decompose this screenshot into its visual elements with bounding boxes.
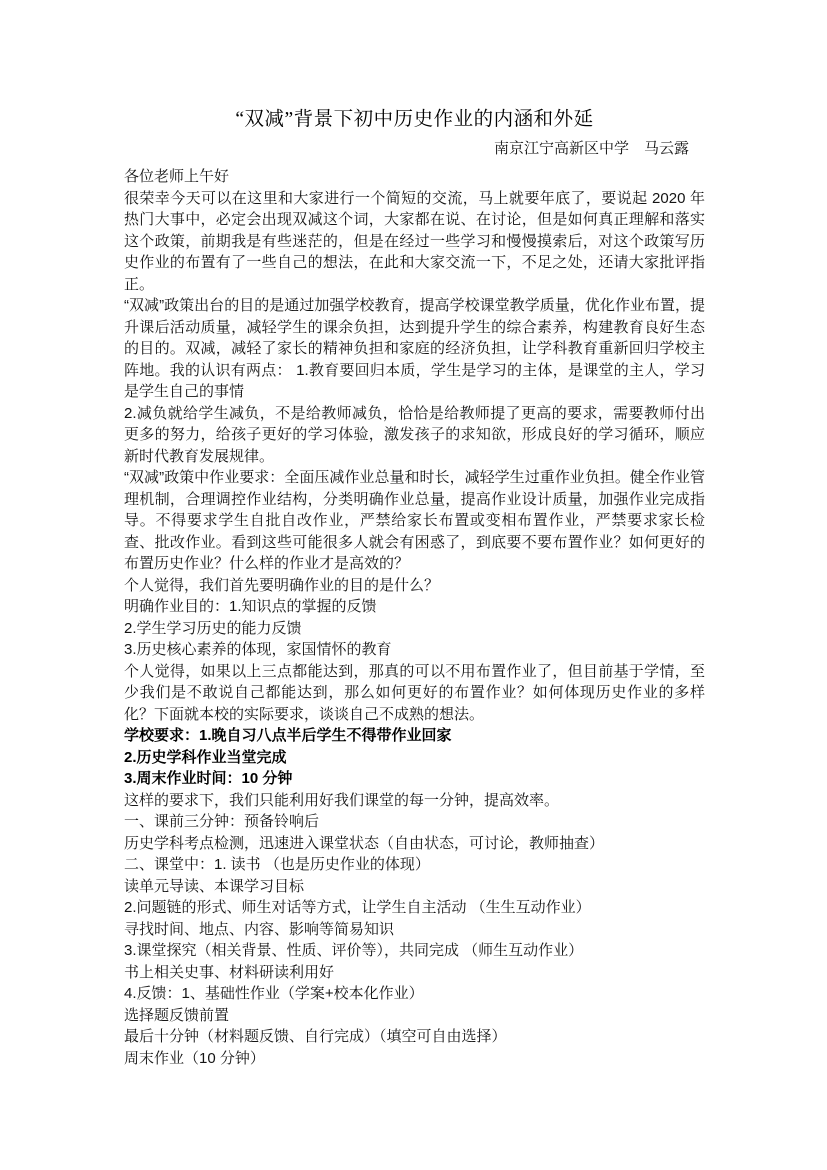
paragraph: 2.问题链的形式、师生对话等方式，让学生自主活动 （生生互动作业）: [124, 897, 705, 919]
paragraph: 一、课前三分钟：预备铃响后: [124, 811, 705, 833]
paragraph: 很荣幸今天可以在这里和大家进行一个简短的交流，马上就要年底了，要说起 2020 …: [124, 188, 705, 296]
paragraph: 2.学生学习历史的能力反馈: [124, 618, 705, 640]
paragraph: 2.历史学科作业当堂完成: [124, 747, 705, 769]
paragraph: 学校要求：1.晚自习八点半后学生不得带作业回家: [124, 725, 705, 747]
paragraph: 个人觉得，我们首先要明确作业的目的是什么？: [124, 575, 705, 597]
document-byline: 南京江宁高新区中学 马云露: [124, 138, 705, 160]
paragraph: “双减”政策中作业要求：全面压减作业总量和时长，减轻学生过重作业负担。健全作业管…: [124, 467, 705, 575]
paragraph: 书上相关史事、材料研读利用好: [124, 962, 705, 984]
paragraph: 3.历史核心素养的体现，家国情怀的教育: [124, 639, 705, 661]
paragraph: 寻找时间、地点、内容、影响等简易知识: [124, 919, 705, 941]
paragraph: 各位老师上午好: [124, 166, 705, 188]
document-body: 各位老师上午好很荣幸今天可以在这里和大家进行一个简短的交流，马上就要年底了，要说…: [124, 166, 705, 1069]
paragraph: 明确作业目的：1.知识点的掌握的反馈: [124, 596, 705, 618]
paragraph: 选择题反馈前置: [124, 1005, 705, 1027]
document-page: “双减”背景下初中历史作业的内涵和外延 南京江宁高新区中学 马云露 各位老师上午…: [0, 0, 827, 1170]
paragraph: 3.周末作业时间：10 分钟: [124, 768, 705, 790]
paragraph: 读单元导读、本课学习目标: [124, 876, 705, 898]
paragraph: “双减”政策出台的目的是通过加强学校教育，提高学校课堂教学质量，优化作业布置，提…: [124, 295, 705, 403]
paragraph: 3.课堂探究（相关背景、性质、评价等），共同完成 （师生互动作业）: [124, 940, 705, 962]
paragraph: 二、课堂中：1. 读书 （也是历史作业的体现）: [124, 854, 705, 876]
paragraph: 这样的要求下，我们只能利用好我们课堂的每一分钟，提高效率。: [124, 790, 705, 812]
paragraph: 2.减负就给学生减负，不是给教师减负，恰恰是给教师提了更高的要求，需要教师付出更…: [124, 403, 705, 468]
paragraph: 最后十分钟（材料题反馈、自行完成）（填空可自由选择）: [124, 1026, 705, 1048]
paragraph: 历史学科考点检测，迅速进入课堂状态（自由状态，可讨论，教师抽查）: [124, 833, 705, 855]
paragraph: 个人觉得，如果以上三点都能达到，那真的可以不用布置作业了，但目前基于学情，至少我…: [124, 661, 705, 726]
paragraph: 4.反馈：1、基础性作业（学案+校本化作业）: [124, 983, 705, 1005]
document-title: “双减”背景下初中历史作业的内涵和外延: [124, 106, 705, 134]
paragraph: 周末作业（10 分钟）: [124, 1048, 705, 1070]
